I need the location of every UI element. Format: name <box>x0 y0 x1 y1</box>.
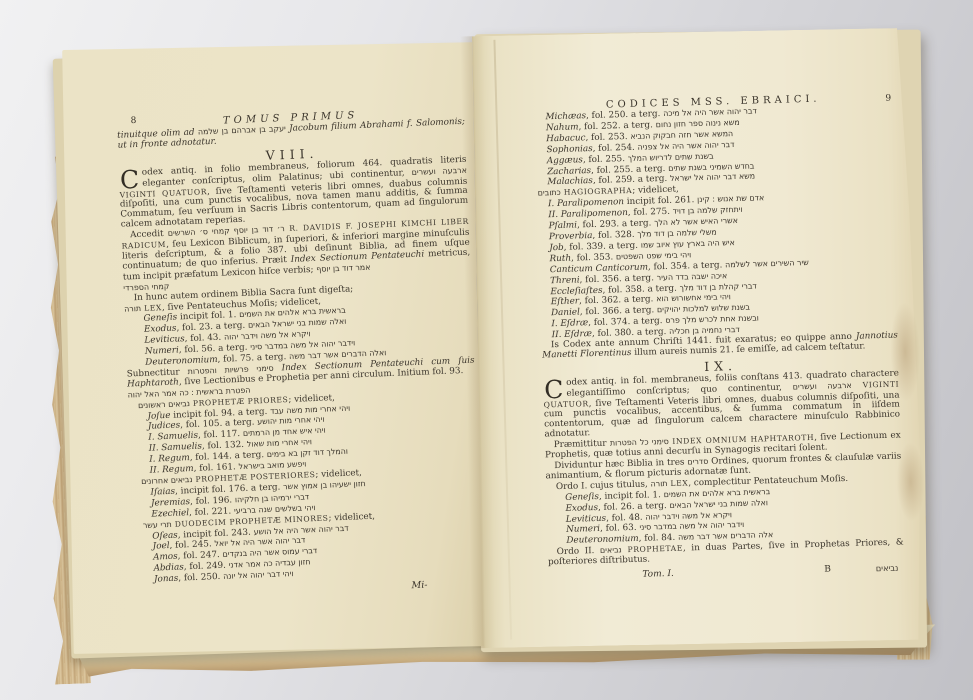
latin-text: Proverbia <box>549 231 593 242</box>
latin-text: Michæas <box>545 111 586 122</box>
latin-text: Geneſis <box>143 313 177 324</box>
hebrew-text: ויהי אחרי מות משה עבד <box>270 403 350 415</box>
latin-text: Threni <box>550 275 580 286</box>
latin-text: , fol. 253. <box>585 132 630 143</box>
gathering-signature: B <box>824 565 831 575</box>
hebrew-text: ויהי בימי אחשורוש הוא <box>656 293 731 304</box>
hebrew-text: בחדש השמיני בשנת שתים <box>668 161 754 172</box>
latin-text: Joſue <box>147 410 170 421</box>
latin-text: Daniel <box>551 308 580 319</box>
latin-text: LEX <box>667 478 688 488</box>
latin-text: Oſeas <box>152 530 178 541</box>
latin-text: I. Eſdræ <box>551 318 588 329</box>
latin-text: Numeri <box>145 346 179 357</box>
hebrew-text: איש היה בארץ עוץ איוב שמו <box>641 238 735 250</box>
latin-text: , fol. 353. <box>571 252 616 263</box>
page-number-right: 9 <box>885 94 891 104</box>
hebrew-text: ויהי איש אחד מן הרמתים <box>243 426 326 438</box>
latin-text: , incipit fol. 1. <box>599 490 664 502</box>
latin-text: , fol. 63. <box>600 523 640 534</box>
latin-text: ; videlicet, <box>632 185 679 196</box>
latin-text: HAGIOGRAPHA <box>561 186 633 197</box>
latin-text: , fol. 221. <box>189 506 234 518</box>
left-page-content: 8 TOMUS PRIMUS tinuitque olim ad יעקב בן… <box>116 99 483 603</box>
right-page: CODICES MSS. EBRAICI. 9 Michæas, fol. 25… <box>472 28 924 648</box>
latin-text: Sophonias <box>546 144 592 155</box>
hebrew-text: שיר השירים אשר לשלמה <box>725 258 809 269</box>
hebrew-text: והמלך דוד זקן בא בימים <box>267 447 348 459</box>
right-page-text: Michæas, fol. 250. a terg. דבר יהוה אשר … <box>535 103 904 569</box>
hebrew-text: ובשנת אחת לכרש מלך פרס <box>665 314 759 326</box>
latin-text: Nahum <box>546 122 579 133</box>
latin-text: , fol. 161. <box>193 462 238 474</box>
latin-text: , fol. 245. <box>169 540 214 552</box>
hebrew-text: סדרים <box>687 457 708 467</box>
latin-text: Habacuc <box>546 133 586 144</box>
hebrew-text: סימני כל הפטרות <box>610 437 669 448</box>
latin-text: Jeremias <box>151 497 190 509</box>
hebrew-text: חזון עבדיה כה אמר אדני <box>228 558 310 570</box>
hebrew-text: דבר יהוה אשר היה אל צפניה <box>637 140 734 152</box>
catchword-right: נביאים <box>876 563 899 574</box>
hebrew-text: ויהי דבר יהוה אל יונה <box>223 569 294 581</box>
left-page-text: tinuitque olim ad יעקב בן אברהם בן שלמה … <box>117 117 483 587</box>
hebrew-text: חזון ישעיהו בן אמוץ אשר <box>283 479 366 491</box>
latin-text: , fol. 255. <box>583 154 628 165</box>
latin-text: Iſaias <box>150 487 175 498</box>
latin-text: , fol. 48. <box>606 512 646 523</box>
hebrew-text: ויתחזק שלמה בן דויד <box>673 205 743 216</box>
latin-text: Jonas <box>154 574 179 585</box>
left-page: 8 TOMUS PRIMUS tinuitque olim ad יעקב בן… <box>62 42 484 654</box>
hebrew-text: וידבר יהוה אל משה במדבר סיני <box>639 520 744 532</box>
hebrew-text: תרי עשר <box>143 519 172 529</box>
latin-text: , fol. 254. <box>593 142 638 153</box>
latin-text: , fol. 84. <box>639 533 679 544</box>
latin-text: , fol. 196. <box>190 495 235 507</box>
latin-text: , fol. 43. <box>185 333 225 345</box>
hebrew-text: יעקב בן אברהם בן שלמה <box>198 124 286 137</box>
hebrew-text: משא נינוה ספר חזון נחום <box>656 118 740 129</box>
latin-text: Aggæus <box>547 155 583 166</box>
hebrew-text: בשנת שלוש למלכות יהויקים <box>657 303 750 315</box>
latin-text: Exodus <box>144 324 177 335</box>
hebrew-text: בשנת שתים לדריוש המלך <box>628 151 714 162</box>
latin-text: , fol. 328. <box>592 230 637 241</box>
latin-text: , fol. 247. <box>177 550 222 562</box>
hebrew-text: תורה <box>124 303 141 313</box>
latin-text: IX. <box>704 358 737 374</box>
latin-text: ; videlicet, <box>328 511 375 523</box>
hebrew-text: אדם שת אנוש : קינן <box>697 193 764 204</box>
latin-text: , fol. 132. <box>202 440 247 452</box>
latin-text: ; videlicet, <box>315 468 362 480</box>
hebrew-text: ויהי בימי שפט השפטים <box>616 250 691 261</box>
latin-text: Eccleſiaſtes <box>550 285 602 296</box>
latin-text: Abdias <box>153 563 184 574</box>
latin-text: Exodus <box>565 503 598 514</box>
latin-text: Eſther <box>551 297 580 308</box>
hebrew-text: בראשית ברא אלהים את השמים <box>664 487 771 499</box>
latin-text: II. Regum <box>149 464 193 476</box>
text-line: Codex antiq. in fol. membraneus, foliis … <box>543 369 901 440</box>
hebrew-text: דברי קהלת בן דוד מלך <box>680 281 757 292</box>
hebrew-text: ויקרא אל משה וידבר יהוה <box>645 510 732 521</box>
latin-text: Amos <box>153 552 178 563</box>
latin-text: Job <box>549 243 564 253</box>
right-page-content: CODICES MSS. EBRAICI. 9 Michæas, fol. 25… <box>535 85 905 587</box>
latin-text: Ezechiel <box>151 508 189 520</box>
hebrew-text: ארבעה ועשרים <box>411 165 467 176</box>
latin-text: I. Regum <box>149 453 190 465</box>
latin-text: Judices <box>148 421 181 432</box>
hebrew-text: אלה הדברים אשר דבר משה <box>678 530 773 542</box>
open-book: 8 TOMUS PRIMUS tinuitque olim ad יעקב בן… <box>22 11 951 688</box>
latin-text: Accedit <box>130 229 168 241</box>
latin-text: Numeri <box>566 524 600 535</box>
latin-text: Geneſis <box>565 492 599 503</box>
latin-text: ; videlicet, <box>288 393 335 405</box>
hebrew-text: נביאים אחרונים <box>141 475 193 486</box>
hebrew-text: המשא אשר חזה חבקוק הנביא <box>630 129 733 141</box>
latin-text: Pſalmi <box>549 221 578 232</box>
latin-text: Malachias <box>547 176 593 187</box>
hebrew-text: ואלה שמות בני ישראל הבאים <box>669 498 768 510</box>
hebrew-text: דברי ירמיהו בן חלקיהו <box>235 492 310 504</box>
latin-text: , fol. 275. <box>628 207 673 218</box>
latin-text: , fol. 117. <box>198 429 243 441</box>
latin-text: , fol. 249. <box>184 561 229 573</box>
latin-text: Ruth <box>549 253 571 264</box>
hebrew-text: אשרי האיש אשר לא הלך <box>654 216 738 227</box>
tomus-signature: Tom. I. <box>642 569 674 580</box>
latin-text: Zacharias <box>547 166 591 177</box>
hebrew-text: נביאים ראשונים <box>138 399 190 410</box>
hebrew-text: תורה <box>650 479 667 488</box>
book-photograph: 8 TOMUS PRIMUS tinuitque olim ad יעקב בן… <box>0 0 973 700</box>
latin-text: PROPHETAE <box>622 544 683 555</box>
hebrew-text: ויהי אחרי מות שאול <box>247 437 313 449</box>
hebrew-text: כתובים <box>538 188 561 198</box>
hebrew-text: משא דבר יהוה אל ישראל <box>670 172 755 183</box>
latin-text: , fol. 250. <box>178 572 223 584</box>
hebrew-text: ארבעה ועשרים <box>793 381 852 392</box>
hebrew-text: איכה ישבה בדד העיר <box>657 271 728 282</box>
latin-text: Joel <box>153 541 170 552</box>
latin-text: LEX <box>141 303 162 313</box>
page-number-left: 8 <box>130 116 136 126</box>
hebrew-text: משלי שלמה בן דוד מלך <box>637 228 717 239</box>
hebrew-text: ויפשע מואב בישראל <box>238 460 306 472</box>
hebrew-text: נביאים <box>600 546 622 556</box>
hebrew-text: ויהי אחרי מות יהושע <box>257 415 325 427</box>
hebrew-text: אמר דוד בן יוסף <box>316 262 370 273</box>
latin-text: Leviticus <box>144 334 185 346</box>
latin-text: Leviticus <box>566 513 607 524</box>
